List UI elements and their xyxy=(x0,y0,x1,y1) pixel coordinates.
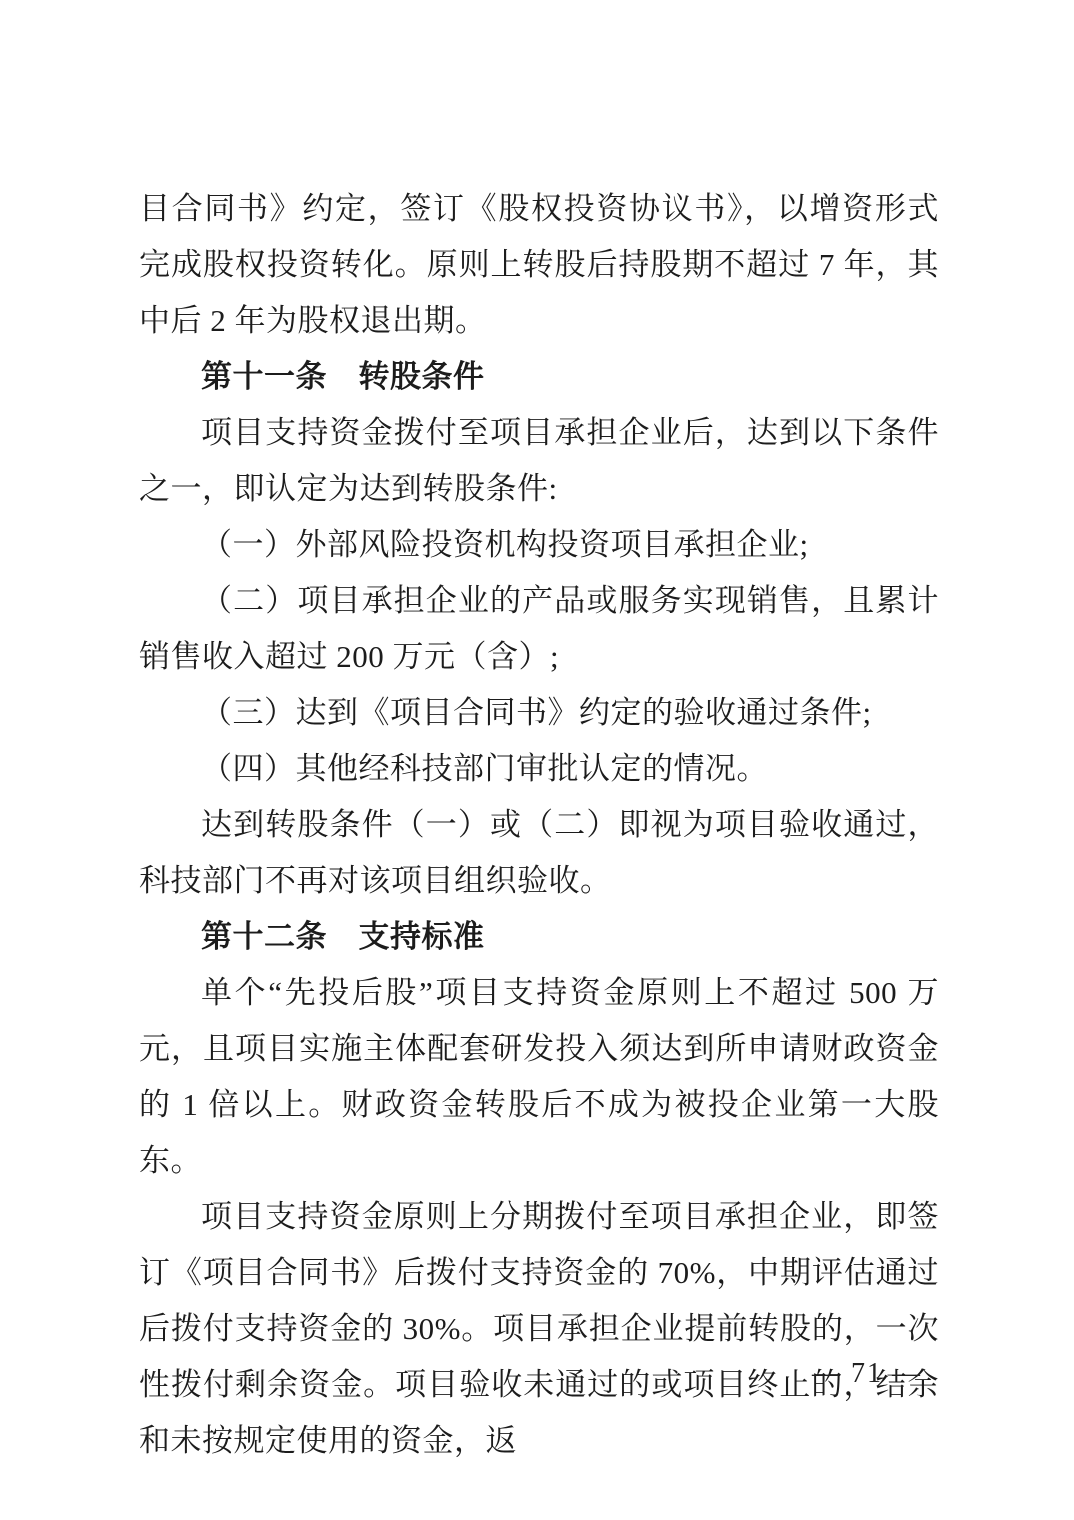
document-page: 目合同书》约定，签订《股权投资协议书》，以增资形式完成股权投资转化。原则上转股后… xyxy=(0,0,1074,1520)
list-item-3: （三）达到《项目合同书》约定的验收通过条件; xyxy=(139,685,939,741)
article-11-heading: 第十一条 转股条件 xyxy=(139,349,939,405)
article-12-heading: 第十二条 支持标准 xyxy=(139,909,939,965)
list-item-1: （一）外部风险投资机构投资项目承担企业; xyxy=(139,517,939,573)
paragraph: 达到转股条件（一）或（二）即视为项目验收通过，科技部门不再对该项目组织验收。 xyxy=(139,797,939,909)
paragraph: 项目支持资金原则上分期拨付至项目承担企业，即签订《项目合同书》后拨付支持资金的 … xyxy=(139,1189,939,1469)
document-body: 目合同书》约定，签订《股权投资协议书》，以增资形式完成股权投资转化。原则上转股后… xyxy=(139,181,939,1469)
list-item-2: （二）项目承担企业的产品或服务实现销售，且累计销售收入超过 200 万元（含）; xyxy=(139,573,939,685)
list-item-4: （四）其他经科技部门审批认定的情况。 xyxy=(139,741,939,797)
page-number: — 71 — xyxy=(812,1356,922,1392)
paragraph: 项目支持资金拨付至项目承担企业后，达到以下条件之一，即认定为达到转股条件: xyxy=(139,405,939,517)
paragraph-continuation: 目合同书》约定，签订《股权投资协议书》，以增资形式完成股权投资转化。原则上转股后… xyxy=(139,181,939,349)
paragraph: 单个“先投后股”项目支持资金原则上不超过 500 万元，且项目实施主体配套研发投… xyxy=(139,965,939,1189)
